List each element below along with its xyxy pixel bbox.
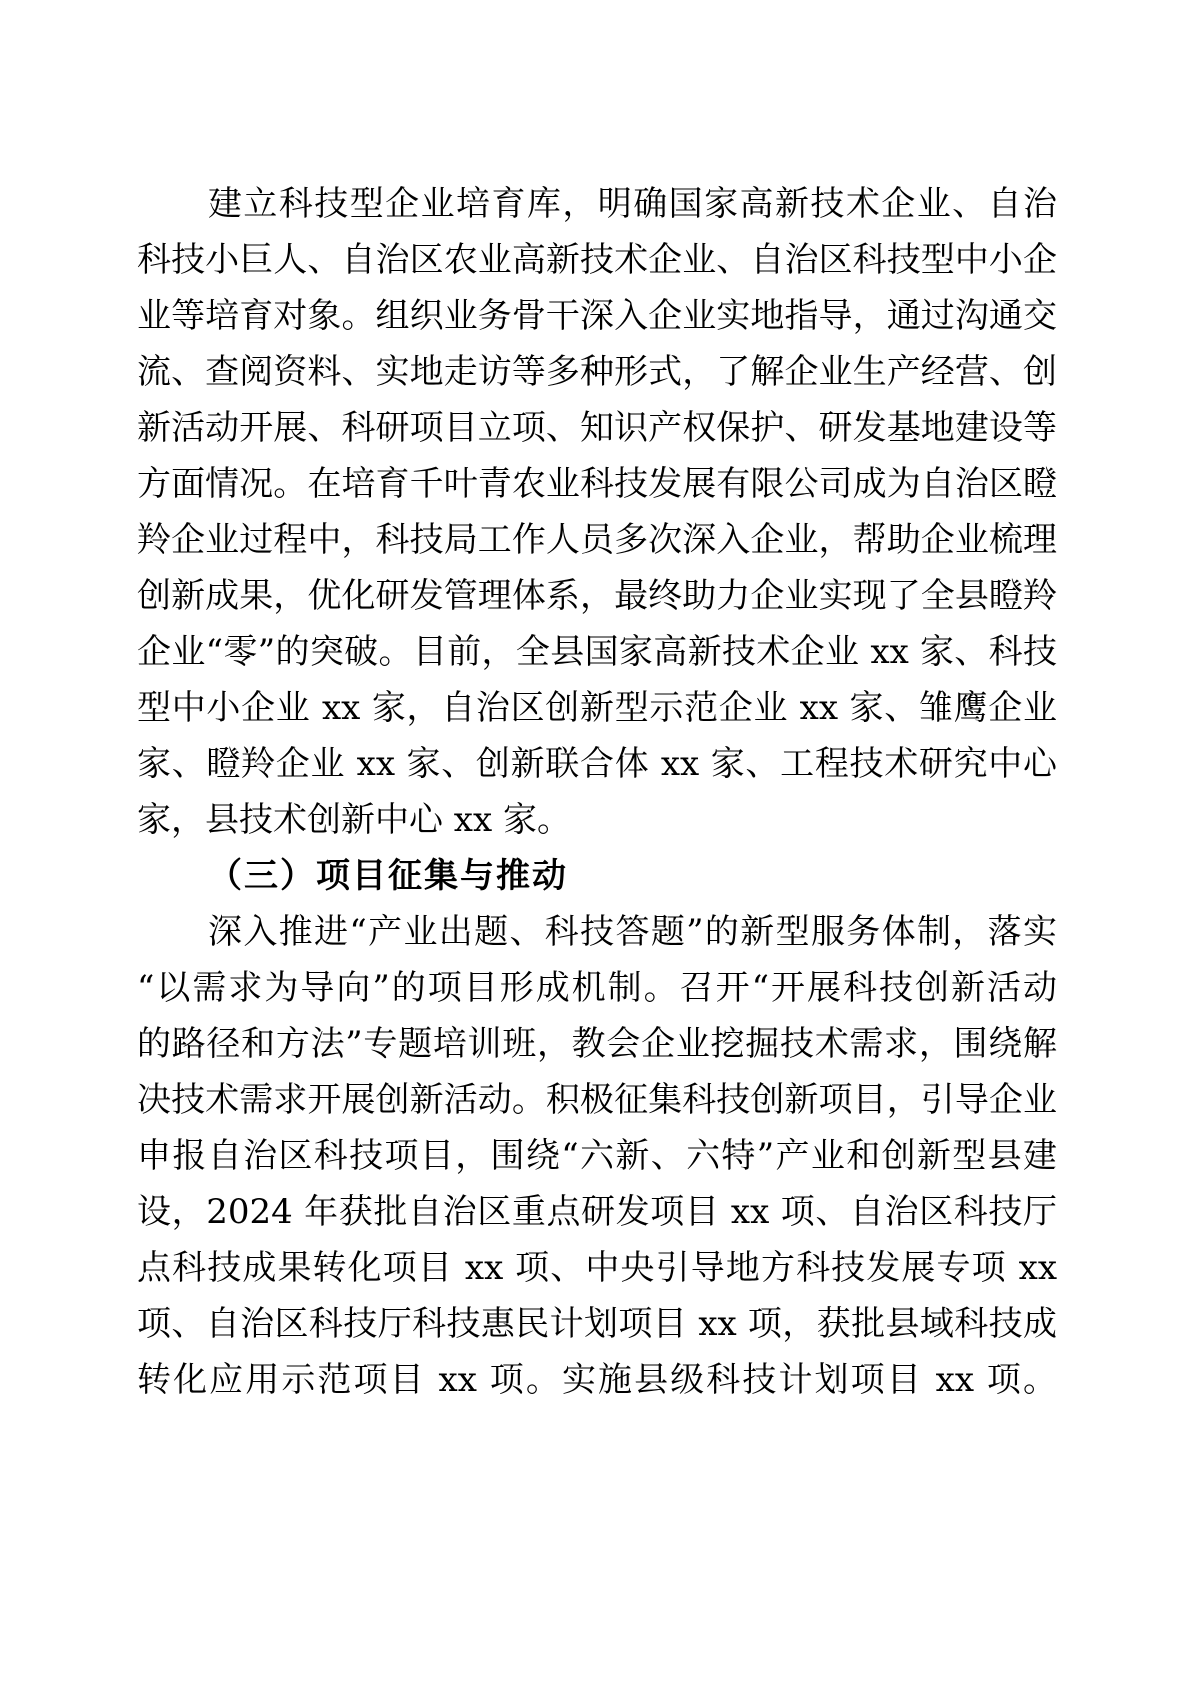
text-line: 创新成果，优化研发管理体系，最终助力企业实现了全县瞪羚 [137, 568, 1057, 624]
text-line: 家，县技术创新中心 xx 家。 [137, 792, 1057, 848]
text-line: 流、查阅资料、实地走访等多种形式，了解企业生产经营、创 [137, 344, 1057, 400]
text-line: 的路径和方法”专题培训班，教会企业挖掘技术需求，围绕解 [137, 1016, 1057, 1072]
text-line: 转化应用示范项目 xx 项。实施县级科技计划项目 xx 项。2024 [137, 1352, 1057, 1408]
document-body: 建立科技型企业培育库，明确国家高新技术企业、自治区科技小巨人、自治区农业高新技术… [137, 176, 1057, 1408]
text-line: 羚企业过程中，科技局工作人员多次深入企业，帮助企业梳理 [137, 512, 1057, 568]
text-line: （三）项目征集与推动 [137, 848, 1057, 904]
text-line: 设，2024 年获批自治区重点研发项目 xx 项、自治区科技厅重 [137, 1184, 1057, 1240]
text-line: 点科技成果转化项目 xx 项、中央引导地方科技发展专项 xx [137, 1240, 1057, 1296]
text-line: 业等培育对象。组织业务骨干深入企业实地指导，通过沟通交 [137, 288, 1057, 344]
text-line: “以需求为导向”的项目形成机制。召开“开展科技创新活动 [137, 960, 1057, 1016]
text-line: 项、自治区科技厅科技惠民计划项目 xx 项，获批县域科技成果 [137, 1296, 1057, 1352]
text-line: 建立科技型企业培育库，明确国家高新技术企业、自治区 [137, 176, 1057, 232]
text-line: 深入推进“产业出题、科技答题”的新型服务体制，落实 [137, 904, 1057, 960]
text-line: 申报自治区科技项目，围绕“六新、六特”产业和创新型县建 [137, 1128, 1057, 1184]
text-line: 方面情况。在培育千叶青农业科技发展有限公司成为自治区瞪 [137, 456, 1057, 512]
text-line: 型中小企业 xx 家，自治区创新型示范企业 xx 家、雏鹰企业 xx [137, 680, 1057, 736]
text-line: 企业“零”的突破。目前，全县国家高新技术企业 xx 家、科技 [137, 624, 1057, 680]
text-line: 科技小巨人、自治区农业高新技术企业、自治区科技型中小企 [137, 232, 1057, 288]
text-line: 新活动开展、科研项目立项、知识产权保护、研发基地建设等 [137, 400, 1057, 456]
text-line: 决技术需求开展创新活动。积极征集科技创新项目，引导企业 [137, 1072, 1057, 1128]
text-line: 家、瞪羚企业 xx 家、创新联合体 xx 家、工程技术研究中心 xx [137, 736, 1057, 792]
document-page: 建立科技型企业培育库，明确国家高新技术企业、自治区科技小巨人、自治区农业高新技术… [0, 0, 1190, 1683]
